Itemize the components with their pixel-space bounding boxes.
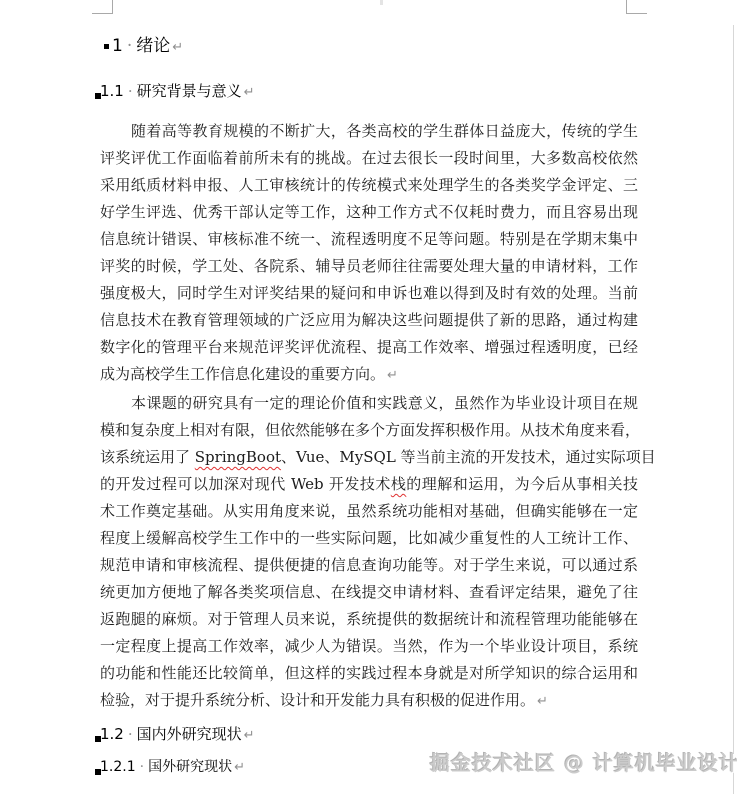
text-run: 规范申请和审核流程、提供便捷的信息查询功能等。对于学生来说，可以通过系 xyxy=(100,556,638,574)
text-run: 模和复杂度上相对有限，但依然能够在多个方面发挥积极作用。从技术角度来看， xyxy=(100,421,640,439)
text-run: 一定程度上提高工作效率，减少人为错误。当然，作为一个毕业设计项目，系统 xyxy=(100,637,638,655)
text-line: 信息统计错误、审核标准不统一、流程透明度不足等问题。特别是在学期末集中 xyxy=(100,226,638,253)
text-line: 的功能和性能还比较简单，但这样的实践过程本身就是对所学知识的综合运用和 xyxy=(100,660,638,687)
heading-section-1-1: 1.1·研究背景与意义↵ xyxy=(100,78,638,106)
text-line: 的开发过程可以加深对现代 Web 开发技术栈的理解和运用，为今后从事相关技 xyxy=(100,471,638,498)
space-mark-icon: · xyxy=(136,759,148,775)
text-line: 评奖评优工作面临着前所未有的挑战。在过去很长一段时间里，大多数高校依然 xyxy=(100,145,638,172)
paragraph-mark-icon: ↵ xyxy=(170,40,183,55)
heading-bullet-icon xyxy=(95,769,101,775)
text-line: 好学生评选、优秀干部认定等工作，这种工作方式不仅耗时费力，而且容易出现 xyxy=(100,199,638,226)
text-line: 该系统运用了 SpringBoot、Vue、MySQL 等当前主流的开发技术，通… xyxy=(100,444,638,471)
heading-number: 1 xyxy=(112,36,123,56)
text-line: 信息技术在教育管理领域的广泛应用为解决这些问题提供了新的思路，通过构建 xyxy=(100,307,638,334)
text-line: 一定程度上提高工作效率，减少人为错误。当然，作为一个毕业设计项目，系统 xyxy=(100,633,638,660)
heading-section-1-2: 1.2·国内外研究现状↵ xyxy=(100,721,638,749)
space-mark-icon: · xyxy=(123,36,136,56)
text-line: 模和复杂度上相对有限，但依然能够在多个方面发挥积极作用。从技术角度来看， xyxy=(100,417,638,444)
text-run: 随着高等教育规模的不断扩大，各类高校的学生群体日益庞大，传统的学生 xyxy=(131,122,638,140)
paragraph: 随着高等教育规模的不断扩大，各类高校的学生群体日益庞大，传统的学生评奖评优工作面… xyxy=(100,118,638,388)
text-line: 返跑腿的麻烦。对于管理人员来说，系统提供的数据统计和流程管理功能能够在 xyxy=(100,606,638,633)
text-run: 的开发过程可以加深对现代 Web 开发技术 xyxy=(100,475,391,493)
heading-bullet-icon xyxy=(95,93,101,99)
text-line: 数字化的管理平台来规范评奖评优流程、提高工作效率、增强过程透明度，已经 xyxy=(100,334,638,361)
text-run: 评奖的时候，学工处、各院系、辅导员老师往往需要处理大量的申请材料，工作 xyxy=(100,257,638,275)
text-run: 采用纸质材料申报、人工审核统计的传统模式来处理学生的各类奖学金评定、三 xyxy=(100,176,638,194)
heading-chapter: 1·绪论↵ xyxy=(100,33,638,61)
paragraph-mark-icon: ↵ xyxy=(232,760,245,775)
heading-number: 1.2.1 xyxy=(100,759,136,775)
text-run: 、Vue、MySQL 等当前主流的开发技术，通过实际项目 xyxy=(281,448,656,466)
text-run: 信息技术在教育管理领域的广泛应用为解决这些问题提供了新的思路，通过构建 xyxy=(100,311,638,329)
text-run: 的功能和性能还比较简单，但这样的实践过程本身就是对所学知识的综合运用和 xyxy=(100,664,638,682)
heading-bullet-icon xyxy=(95,736,101,742)
page-edge-line xyxy=(733,25,734,794)
text-run: 统更加方便地了解各类奖项信息、在线提交申请材料、查看评定结果，避免了往 xyxy=(100,583,638,601)
paragraph-mark-icon: ↵ xyxy=(535,694,548,709)
text-line: 程度上缓解高校学生工作中的一些实际问题，比如减少重复性的人工统计工作、 xyxy=(100,525,638,552)
text-run: 强度极大，同时学生对评奖结果的疑问和申诉也难以得到及时有效的处理。当前 xyxy=(100,284,638,302)
text-run: 本课题的研究具有一定的理论价值和实践意义，虽然作为毕业设计项目在规 xyxy=(131,394,638,412)
heading-bullet-icon xyxy=(104,44,109,49)
text-line: 规范申请和审核流程、提供便捷的信息查询功能等。对于学生来说，可以通过系 xyxy=(100,552,638,579)
text-run: 程度上缓解高校学生工作中的一些实际问题，比如减少重复性的人工统计工作、 xyxy=(100,529,638,547)
text-line: 采用纸质材料申报、人工审核统计的传统模式来处理学生的各类奖学金评定、三 xyxy=(100,172,638,199)
text-line: 术工作奠定基础。从实用角度来说，虽然系统功能相对基础，但确实能够在一定 xyxy=(100,498,638,525)
text-line: 成为高校学生工作信息化建设的重要方向。↵ xyxy=(100,361,638,388)
text-line: 本课题的研究具有一定的理论价值和实践意义，虽然作为毕业设计项目在规 xyxy=(100,390,638,417)
paragraph: 本课题的研究具有一定的理论价值和实践意义，虽然作为毕业设计项目在规模和复杂度上相… xyxy=(100,390,638,714)
misspelled-word: SpringBoot xyxy=(195,448,281,466)
text-line: 评奖的时候，学工处、各院系、辅导员老师往往需要处理大量的申请材料，工作 xyxy=(100,253,638,280)
document-content[interactable]: 1·绪论↵ 1.1·研究背景与意义↵ 随着高等教育规模的不断扩大，各类高校的学生… xyxy=(100,0,638,781)
heading-title: 研究背景与意义 xyxy=(137,82,242,100)
text-run: 检验，对于提升系统分析、设计和开发能力具有积极的促进作用。 xyxy=(100,691,535,709)
text-run: 数字化的管理平台来规范评奖评优流程、提高工作效率、增强过程透明度，已经 xyxy=(100,338,638,356)
misspelled-word: 栈 xyxy=(391,475,406,493)
text-run: 返跑腿的麻烦。对于管理人员来说，系统提供的数据统计和流程管理功能能够在 xyxy=(100,610,638,628)
space-mark-icon: · xyxy=(124,82,137,100)
space-mark-icon: · xyxy=(124,725,137,743)
heading-number: 1.1 xyxy=(100,82,124,100)
text-line: 统更加方便地了解各类奖项信息、在线提交申请材料、查看评定结果，避免了往 xyxy=(100,579,638,606)
heading-title: 绪论 xyxy=(136,36,170,56)
text-run: 成为高校学生工作信息化建设的重要方向。 xyxy=(100,365,385,383)
document-page: 1·绪论↵ 1.1·研究背景与意义↵ 随着高等教育规模的不断扩大，各类高校的学生… xyxy=(0,0,737,794)
paragraph-mark-icon: ↵ xyxy=(242,728,255,743)
text-run: 好学生评选、优秀干部认定等工作，这种工作方式不仅耗时费力，而且容易出现 xyxy=(100,203,638,221)
text-line: 随着高等教育规模的不断扩大，各类高校的学生群体日益庞大，传统的学生 xyxy=(100,118,638,145)
heading-number: 1.2 xyxy=(100,725,124,743)
paragraph-mark-icon: ↵ xyxy=(385,368,398,383)
text-run: 信息统计错误、审核标准不统一、流程透明度不足等问题。特别是在学期末集中 xyxy=(100,230,638,248)
watermark: 掘金技术社区 @ 计算机毕业设计小途 xyxy=(430,747,725,776)
text-run: 的理解和运用，为今后从事相关技 xyxy=(406,475,638,493)
paragraph-mark-icon: ↵ xyxy=(242,85,255,100)
heading-title: 国内外研究现状 xyxy=(137,725,242,743)
heading-title: 国外研究现状 xyxy=(148,759,232,775)
text-line: 检验，对于提升系统分析、设计和开发能力具有积极的促进作用。↵ xyxy=(100,687,638,714)
text-run: 该系统运用了 xyxy=(100,448,195,466)
text-run: 评奖评优工作面临着前所未有的挑战。在过去很长一段时间里，大多数高校依然 xyxy=(100,149,638,167)
text-run: 术工作奠定基础。从实用角度来说，虽然系统功能相对基础，但确实能够在一定 xyxy=(100,502,638,520)
text-line: 强度极大，同时学生对评奖结果的疑问和申诉也难以得到及时有效的处理。当前 xyxy=(100,280,638,307)
